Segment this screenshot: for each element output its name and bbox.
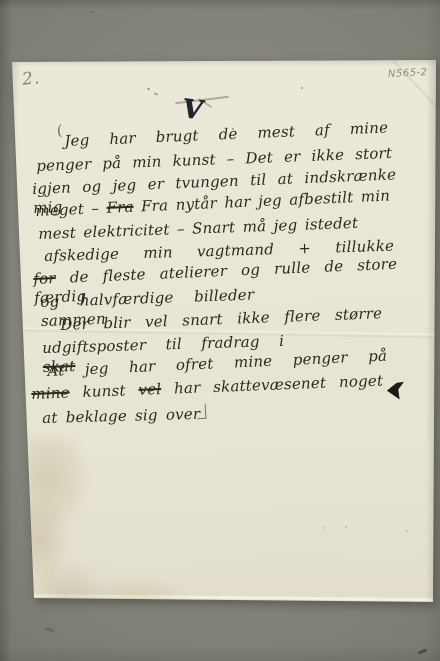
handwriting-text: meget – (35, 199, 99, 220)
ink-speck (232, 128, 234, 130)
archive-number: N565-2 (388, 67, 428, 80)
opening-bracket-mark: ( (55, 123, 64, 140)
paper-edge-shading (0, 62, 21, 600)
board-speck (91, 11, 94, 13)
manuscript-page: 2. N565-2 V ( Jeg har brugt de mest af m… (0, 0, 440, 661)
ink-speck (147, 87, 151, 90)
section-numeral-mark: V (178, 94, 205, 126)
handwriting-text: at beklage sig over (42, 405, 200, 427)
ink-speck (301, 87, 303, 89)
paper-edge-shading (426, 60, 436, 602)
handwriting-text: kunst (82, 381, 126, 401)
struck-word: Fra (106, 198, 134, 217)
handwriting-text: har skattevæsenet noget (174, 371, 384, 397)
ink-speck (406, 530, 408, 532)
ink-speck (322, 527, 324, 529)
manuscript-line: at beklage sig over (42, 405, 200, 428)
photo-of-manuscript: 2. N565-2 V ( Jeg har brugt de mest af m… (0, 0, 440, 661)
paper-edge-shading (12, 60, 436, 67)
struck-word: for (33, 269, 56, 288)
struck-word: vel (138, 380, 161, 399)
ink-blot (386, 380, 404, 400)
closing-corner-mark (197, 404, 207, 419)
ink-speck (345, 526, 347, 528)
struck-word: mine (31, 384, 70, 403)
paper-shadow: 2. N565-2 V ( Jeg har brugt de mest af m… (0, 0, 440, 661)
pencil-page-number: 2. (21, 68, 41, 90)
ink-speck (154, 92, 158, 96)
water-stain (66, 558, 236, 604)
